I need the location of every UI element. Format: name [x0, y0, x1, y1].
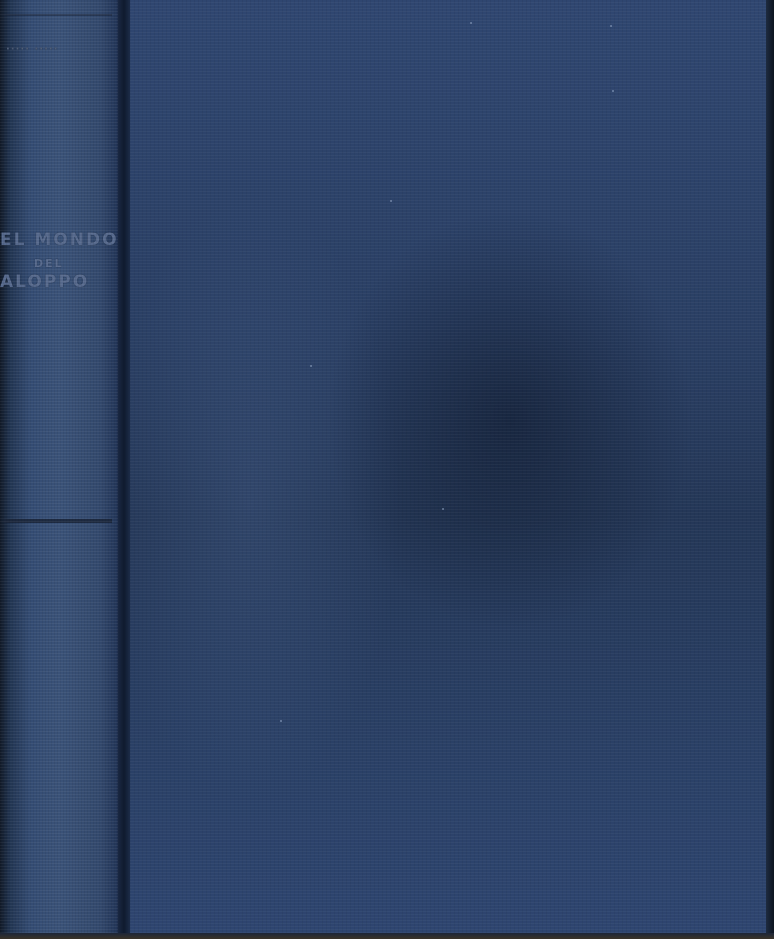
cloth-speck: [280, 720, 282, 722]
cloth-speck: [442, 508, 444, 510]
cloth-speck: [470, 22, 472, 24]
spine-top-rule: [4, 14, 112, 16]
spine-band: [4, 519, 112, 523]
cover-right-edge: [766, 0, 774, 939]
cloth-speck: [310, 365, 312, 367]
spine-author: ····· ·····: [6, 44, 58, 55]
front-cover: [130, 0, 774, 939]
spine-title-line-1: EL MONDO: [0, 230, 119, 250]
book: ····· ····· EL MONDO DEL ALOPPO: [0, 0, 774, 939]
book-hinge: [118, 0, 130, 939]
cover-bottom-edge: [0, 933, 774, 939]
cloth-speck: [610, 25, 612, 27]
book-spine: ····· ····· EL MONDO DEL ALOPPO: [0, 0, 122, 939]
spine-title-line-3: ALOPPO: [0, 272, 89, 292]
cloth-speck: [612, 90, 614, 92]
spine-title-line-2: DEL: [34, 257, 64, 270]
cloth-speck: [390, 200, 392, 202]
